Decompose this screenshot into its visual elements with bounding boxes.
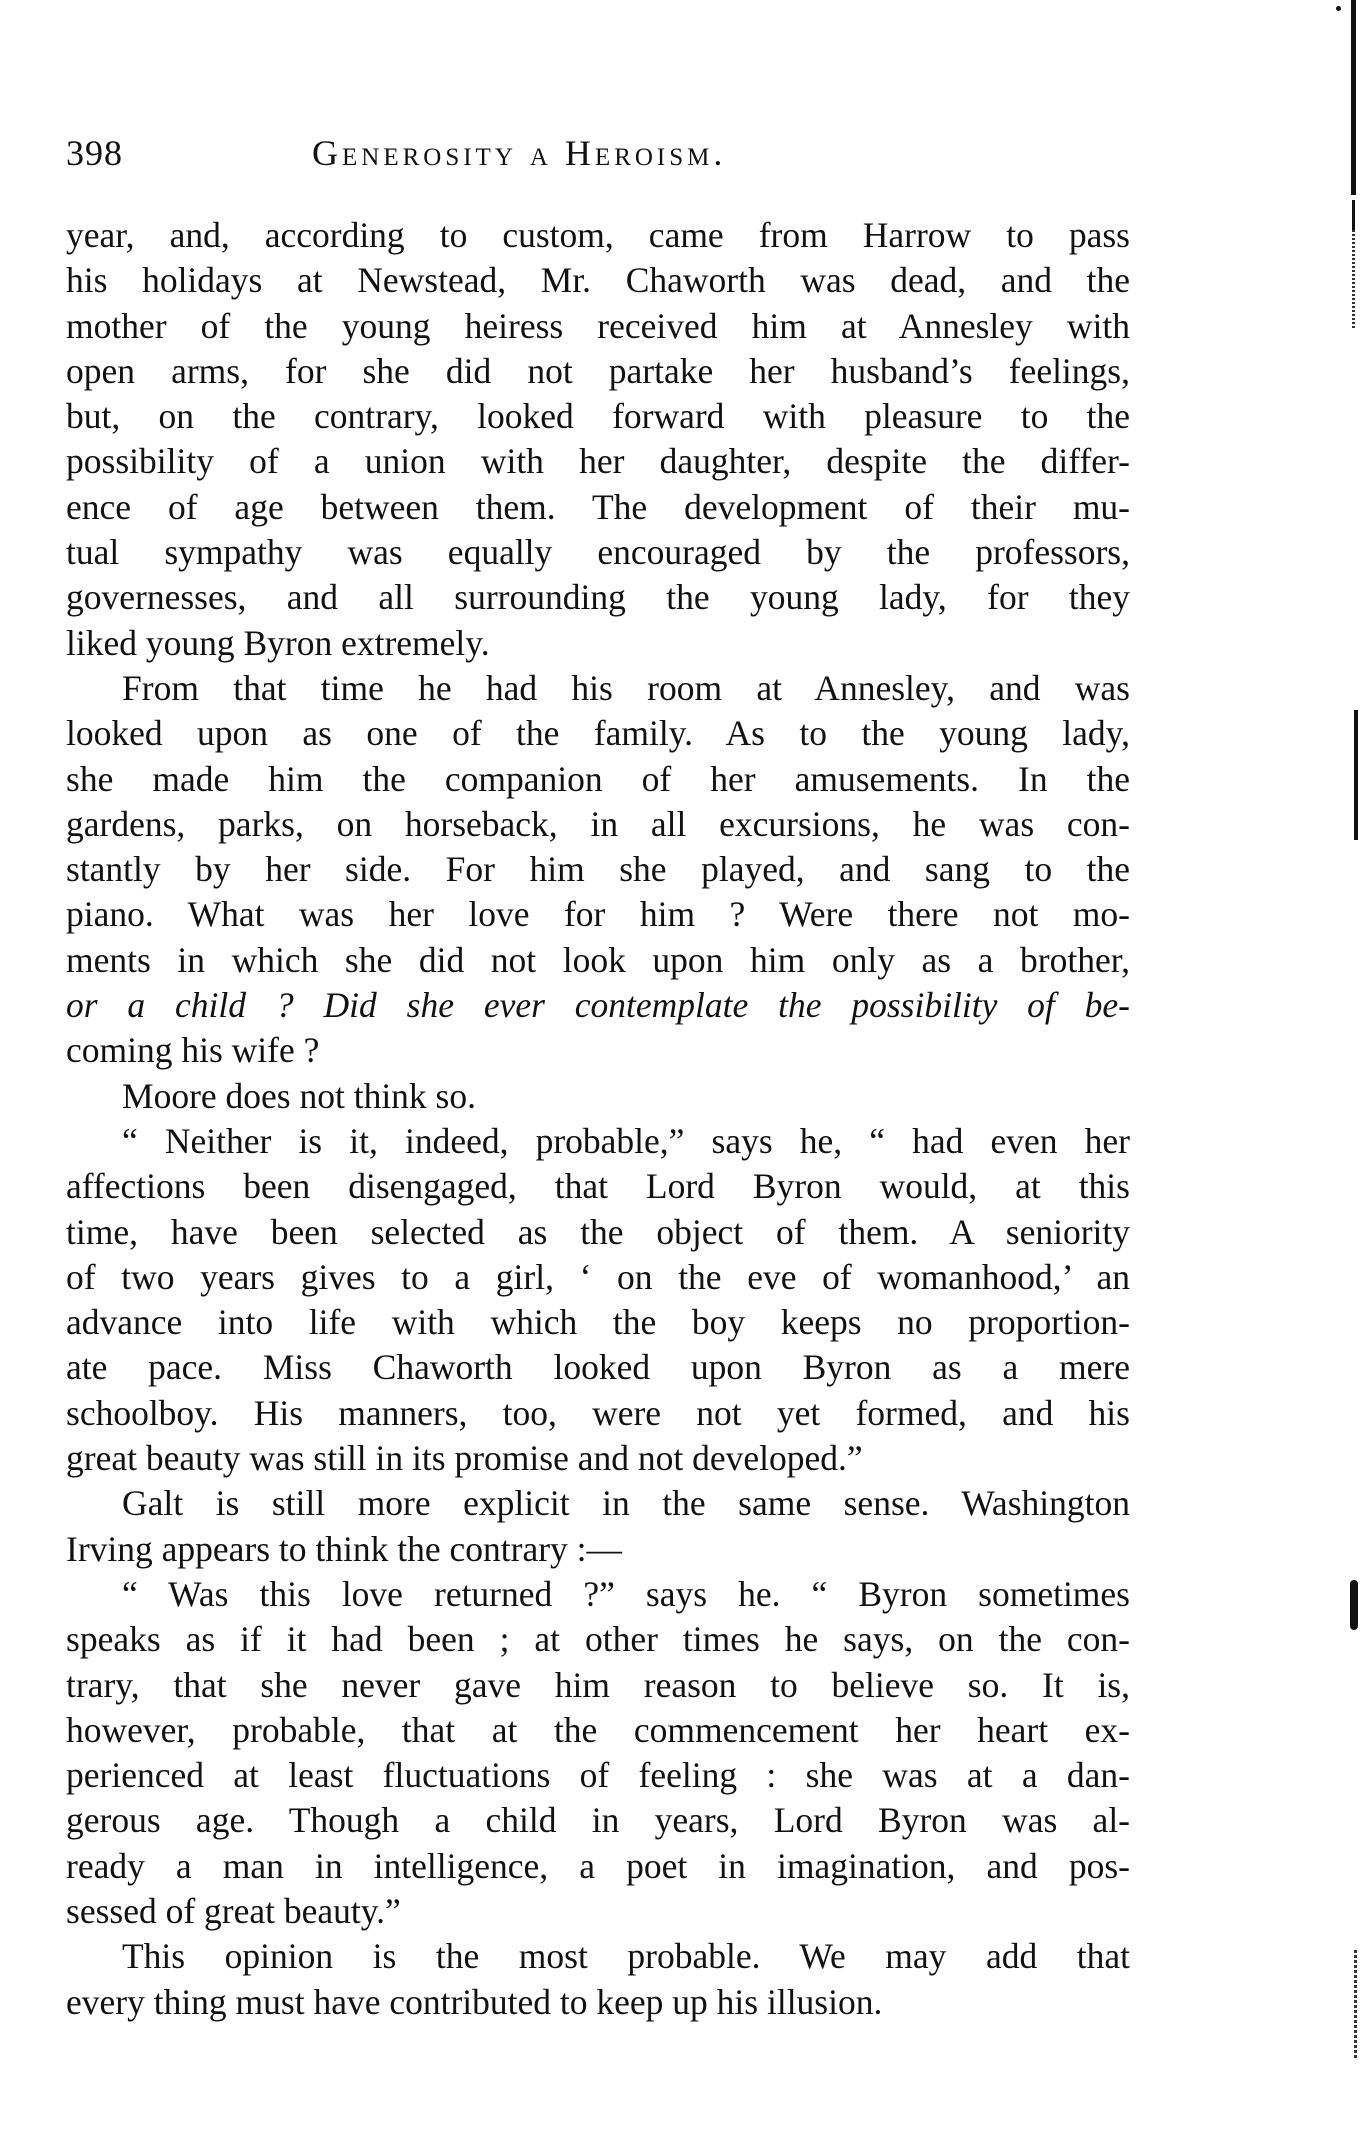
text-line: or a child ? Did she ever contemplate th… bbox=[66, 983, 1130, 1028]
text-line: speaks as if it had been ; at other time… bbox=[66, 1617, 1130, 1662]
text-line: ready a man in intelligence, a poet in i… bbox=[66, 1844, 1130, 1889]
text-line: advance into life with which the boy kee… bbox=[66, 1300, 1130, 1345]
scan-binding-edge bbox=[1354, 1950, 1357, 2060]
text-line: stantly by her side. For him she played,… bbox=[66, 847, 1130, 892]
scan-speck bbox=[1336, 6, 1341, 11]
text-line: Moore does not think so. bbox=[66, 1074, 1130, 1119]
text-line: “ Neither is it, indeed, probable,” says… bbox=[66, 1119, 1130, 1164]
text-line: liked young Byron extremely. bbox=[66, 621, 1130, 666]
text-line: every thing must have contributed to kee… bbox=[66, 1980, 1130, 2025]
text-line: year, and, according to custom, came fro… bbox=[66, 213, 1130, 258]
text-line: his holidays at Newstead, Mr. Chaworth w… bbox=[66, 258, 1130, 303]
text-line: “ Was this love returned ?” says he. “ B… bbox=[66, 1572, 1130, 1617]
scan-binding-edge bbox=[1352, 200, 1355, 230]
text-line: ence of age between them. The developmen… bbox=[66, 485, 1130, 530]
text-line: open arms, for she did not partake her h… bbox=[66, 349, 1130, 394]
text-line: governesses, and all surrounding the you… bbox=[66, 575, 1130, 620]
text-line: but, on the contrary, looked forward wit… bbox=[66, 394, 1130, 439]
text-line: of two years gives to a girl, ‘ on the e… bbox=[66, 1255, 1130, 1300]
italic-text: or a child ? Did she ever contemplate th… bbox=[66, 985, 1130, 1025]
text-line: perienced at least fluctuations of feeli… bbox=[66, 1753, 1130, 1798]
text-line: schoolboy. His manners, too, were not ye… bbox=[66, 1391, 1130, 1436]
scan-binding-edge bbox=[1354, 710, 1358, 840]
text-line: she made him the companion of her amusem… bbox=[66, 757, 1130, 802]
scan-binding-edge bbox=[1351, 0, 1356, 195]
text-line: This opinion is the most probable. We ma… bbox=[66, 1934, 1130, 1979]
text-line: great beauty was still in its promise an… bbox=[66, 1436, 1130, 1481]
text-line: ate pace. Miss Chaworth looked upon Byro… bbox=[66, 1345, 1130, 1390]
text-line: From that time he had his room at Annesl… bbox=[66, 666, 1130, 711]
text-line: gardens, parks, on horseback, in all exc… bbox=[66, 802, 1130, 847]
scan-binding-edge bbox=[1352, 230, 1355, 330]
text-line: possibility of a union with her daughter… bbox=[66, 439, 1130, 484]
text-line: trary, that she never gave him reason to… bbox=[66, 1663, 1130, 1708]
body-text: year, and, according to custom, came fro… bbox=[66, 213, 1130, 2025]
text-line: Irving appears to think the contrary :— bbox=[66, 1527, 1130, 1572]
text-line: however, probable, that at the commencem… bbox=[66, 1708, 1130, 1753]
text-line: ments in which she did not look upon him… bbox=[66, 938, 1130, 983]
text-line: tual sympathy was equally encouraged by … bbox=[66, 530, 1130, 575]
book-page: 398 Generosity a Heroism. year, and, acc… bbox=[0, 0, 1362, 2130]
running-title: Generosity a Heroism. bbox=[312, 132, 726, 174]
text-line: affections been disengaged, that Lord By… bbox=[66, 1164, 1130, 1209]
page-number: 398 bbox=[66, 132, 123, 174]
scan-binding-edge bbox=[1350, 1580, 1358, 1630]
text-line: coming his wife ? bbox=[66, 1028, 1130, 1073]
text-line: sessed of great beauty.” bbox=[66, 1889, 1130, 1934]
text-line: gerous age. Though a child in years, Lor… bbox=[66, 1798, 1130, 1843]
text-line: mother of the young heiress received him… bbox=[66, 304, 1130, 349]
text-line: Galt is still more explicit in the same … bbox=[66, 1481, 1130, 1526]
running-head: 398 Generosity a Heroism. bbox=[66, 132, 1136, 180]
text-line: time, have been selected as the object o… bbox=[66, 1210, 1130, 1255]
text-line: looked upon as one of the family. As to … bbox=[66, 711, 1130, 756]
text-line: piano. What was her love for him ? Were … bbox=[66, 892, 1130, 937]
